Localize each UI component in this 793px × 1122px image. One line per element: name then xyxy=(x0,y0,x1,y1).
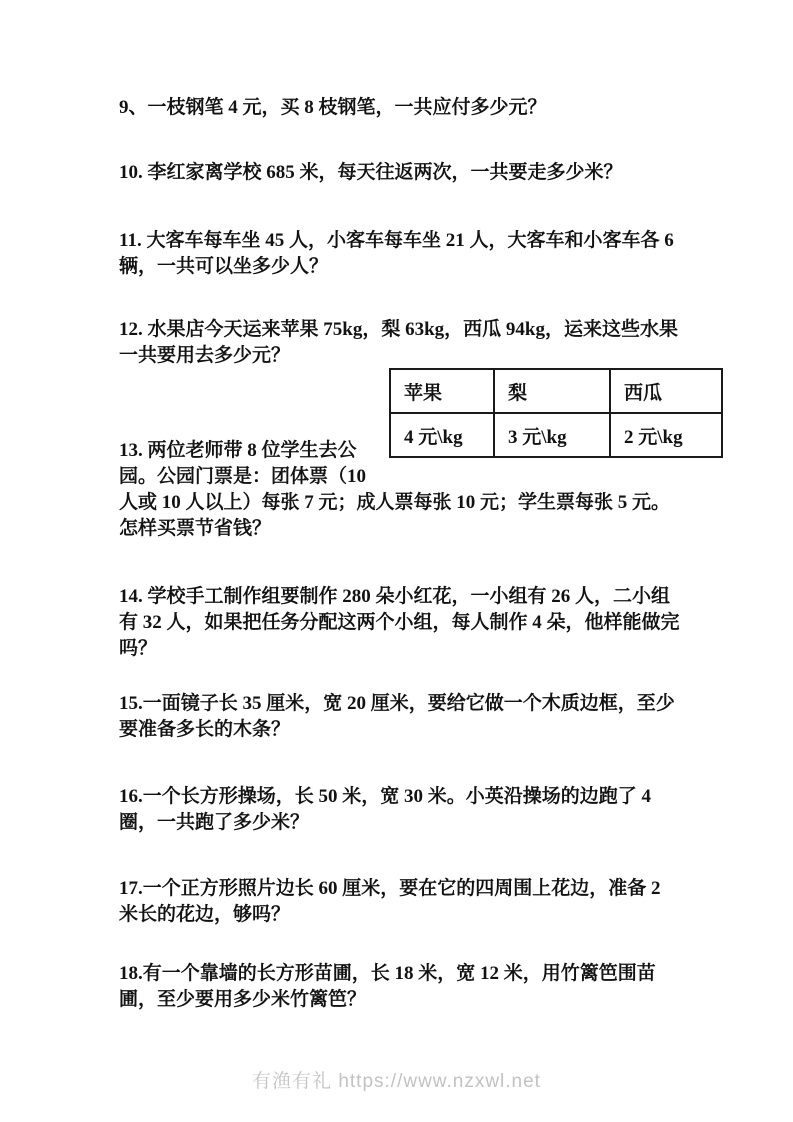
question-13: 13. 两位老师带 8 位学生去公园。公园门票是：团体票（10 人或 10 人以… xyxy=(119,438,682,542)
question-10: 10. 李红家离学校 685 米，每天往返两次，一共要走多少米？ xyxy=(119,160,682,186)
table-cell-apple-label: 苹果 xyxy=(390,369,494,413)
table-wrap-spacer xyxy=(372,438,682,465)
table-row-headers: 苹果 梨 西瓜 xyxy=(390,369,722,413)
table-cell-pear-label: 梨 xyxy=(494,369,610,413)
worksheet-page: 9、一枝钢笔 4 元，买 8 枝钢笔，一共应付多少元？ 10. 李红家离学校 6… xyxy=(0,0,793,1122)
footer-watermark: 有渔有礼 https://www.nzxwl.net xyxy=(0,1066,793,1093)
table-cell-watermelon-label: 西瓜 xyxy=(610,369,722,413)
question-17: 17.一个正方形照片边长 60 厘米，要在它的四周围上花边，准备 2 米长的花边… xyxy=(119,876,682,928)
question-15: 15.一面镜子长 35 厘米，宽 20 厘米，要给它做一个木质边框，至少要准备多… xyxy=(119,691,682,743)
question-16: 16.一个长方形操场，长 50 米，宽 30 米。小英沿操场的边跑了 4 圈，一… xyxy=(119,784,682,836)
question-12: 12. 水果店今天运来苹果 75kg，梨 63kg，西瓜 94kg，运来这些水果… xyxy=(119,317,682,369)
question-18: 18.有一个靠墙的长方形苗圃，长 18 米，宽 12 米，用竹篱笆围苗圃，至少要… xyxy=(119,961,682,1013)
question-11: 11. 大客车每车坐 45 人，小客车每车坐 21 人，大客车和小客车各 6 辆… xyxy=(119,228,682,280)
question-9: 9、一枝钢笔 4 元，买 8 枝钢笔，一共应付多少元？ xyxy=(119,95,682,121)
question-14: 14. 学校手工制作组要制作 280 朵小红花，一小组有 26 人，二小组有 3… xyxy=(119,584,682,662)
